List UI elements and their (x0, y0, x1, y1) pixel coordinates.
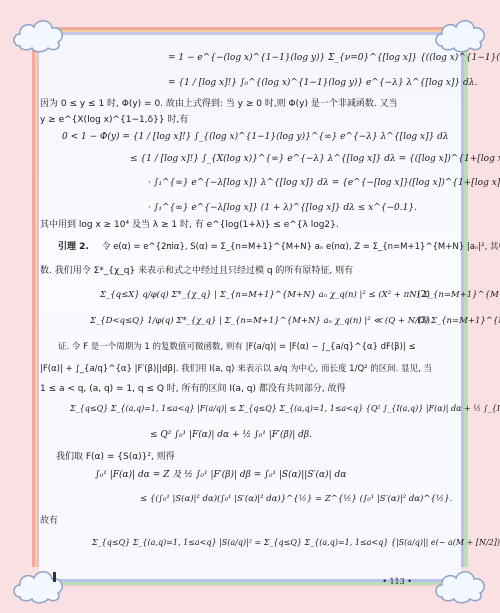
equation-line: ≤ Q² ∫₀¹ |F(α)| dα + ½ ∫₀¹ |F′(β)| dβ. (150, 430, 312, 441)
lemma-heading: 引理 2. (58, 242, 89, 253)
rainbow-stripe-right (461, 47, 468, 567)
equation-line: Σ_{q≤Q} Σ_{(a,q)=1, 1≤a<q} |S(a/q)|² = Σ… (92, 538, 500, 548)
paragraph-line: |F(α)| + ∫_{a/q}^{α} |F′(β)||dβ|. 我们用 I(… (40, 364, 432, 375)
paragraph-line: 令 e(α) = e^{2πiα}, S(α) = Σ_{n=M+1}^{M+N… (102, 242, 500, 253)
paragraph-line: 证. 令 F 是一个周期为 1 的复数值可微函数, 则有 |F(a/q)| = … (58, 342, 416, 353)
equation-line: · ∫₁^{∞} e^{−λ[log x]} λ^{[log x]} dλ = … (148, 178, 500, 189)
scan-mark (53, 572, 56, 582)
cloud-icon (10, 14, 68, 54)
cloud-icon (432, 14, 490, 54)
equation-line: Σ_{D<q≤Q} 1/φ(q) Σ*_{χ_q} | Σ_{n=M+1}^{M… (90, 316, 500, 327)
paragraph-line: 因为 0 ≤ y ≤ 1 时, Φ(y) = 0. 故由上式得到: 当 y ≥ … (40, 99, 398, 110)
equation-number: (2) (417, 290, 430, 301)
paragraph-line: 我们取 F(α) = {S(α)}², 则得 (56, 452, 175, 463)
equation-line: ∫₀¹ |F(α)| dα = Z 及 ½ ∫₀¹ |F′(β)| dβ = ∫… (95, 470, 346, 481)
page-number: • 113 • (382, 577, 412, 586)
equation-line: Σ_{q≤X} q/φ(q) Σ*_{χ_q} | Σ_{n=M+1}^{M+N… (100, 290, 500, 301)
cloud-icon (10, 565, 68, 605)
lemma-title: 引理 2. (58, 242, 89, 252)
equation-line: = 1 − e^{−(log x)^{1−1}(log y)} Σ_{ν=0}^… (168, 53, 500, 64)
paragraph-line: 数. 我们用令 Σ*_{χ_q} 来表示和式之中经过且只经过模 q 的所有原特征… (40, 266, 353, 277)
rainbow-stripe-top (52, 27, 448, 35)
cloud-icon (432, 565, 490, 605)
paragraph-line: 1 ≤ a < q, (a, q) = 1, q ≤ Q 时, 所有的区间 I(… (40, 384, 346, 395)
equation-number: (3) (417, 316, 430, 327)
equation-line: ≤ {(∫₀¹ |S(α)|² dα)(∫₀¹ |S′(α)|² dα)}^{½… (140, 494, 452, 505)
equation-line: Σ_{q≤Q} Σ_{(a,q)=1, 1≤a<q} |F(a/q)| ≤ Σ_… (70, 404, 500, 414)
paragraph-line: y ≥ e^{X(log x)^{1−1,δ}} 时,有 (40, 115, 188, 126)
equation-line: 0 < 1 − Φ(y) = {1 / [log x]!} ∫_{(log x)… (62, 132, 449, 143)
equation-line: ≤ {1 / [log x]!} ∫_{X(log x)}^{∞} e^{−λ}… (130, 154, 500, 165)
paragraph-line: 其中用到 log x ≥ 10⁴ 及当 λ ≥ 1 时, 有 e^{log(1+… (40, 220, 339, 231)
equation-line: · ∫₁^{∞} e^{−λ[log x]} (1 + λ)^{[log x]}… (148, 203, 417, 214)
rainbow-stripe-left (32, 47, 39, 567)
paragraph-line: 故有 (40, 516, 58, 527)
equation-line: = {1 / [log x]!} ∫₀^{(log x)^{1−1}(log y… (168, 78, 477, 89)
